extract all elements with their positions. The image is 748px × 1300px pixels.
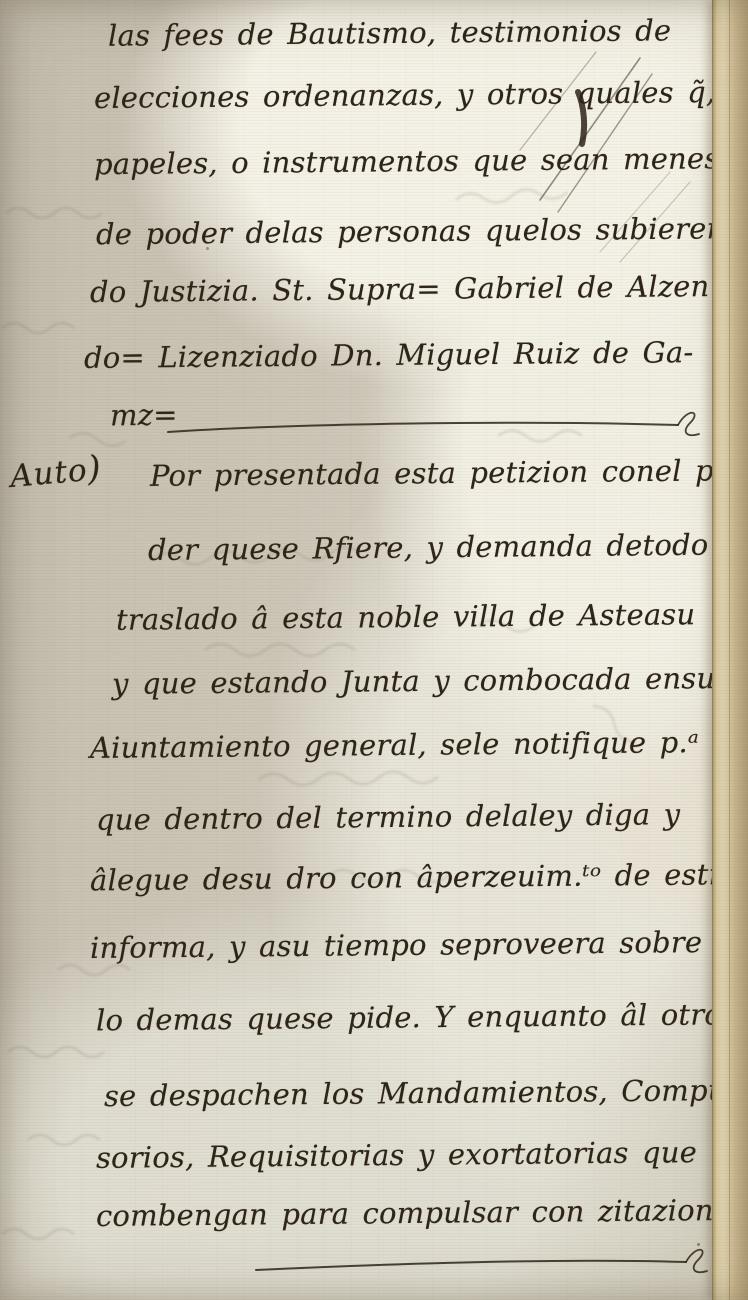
text-line: combengan para compulsar con zitazion, <box>96 1195 723 1233</box>
paper-speck <box>697 1243 700 1246</box>
margin-note-text: Auto <box>9 452 89 495</box>
text-line: do= Lizenziado Dn. Miguel Ruiz de Ga- <box>84 337 694 375</box>
text-line: sorios, Requisitorias y exortatorias que <box>96 1137 697 1175</box>
text-line: que dentro del termino delaley diga y <box>96 799 681 836</box>
margin-note-flourish: ) <box>86 448 104 489</box>
separator-rule-top <box>166 402 716 450</box>
text-line: papeles, o instrumentos que sean meneste… <box>94 143 748 181</box>
page-edge <box>712 0 748 1300</box>
text-line: de poder delas personas quelos subieren … <box>96 213 748 251</box>
text-line: traslado â esta noble villa de Asteasu <box>116 599 696 636</box>
text-line: der quese Rfiere, y demanda detodo den <box>148 529 748 567</box>
separator-rule-bottom <box>256 1238 726 1286</box>
text-line: lo demas quese pide. Y enquanto âl otros… <box>96 999 748 1038</box>
text-line: Por presentada esta petizion conel po- <box>150 455 742 493</box>
text-line: informa, y asu tiempo seproveera sobre <box>90 927 703 965</box>
text-line: âlegue desu dro con âperzeuim.ᵗᵒ de estr… <box>90 859 748 898</box>
page-edge-line <box>729 0 730 1300</box>
text-line: do Justizia. St. Supra= Gabriel de Alzen… <box>90 271 719 309</box>
text-line: y que estando Junta y combocada ensu <box>112 663 716 701</box>
text-line: elecciones ordenanzas, y otros quales q̃… <box>94 77 716 115</box>
text-line: las fees de Bautismo, testimonios de <box>108 15 672 52</box>
margin-note-auto: Auto) <box>8 448 103 496</box>
paper-speck <box>206 247 209 250</box>
text-line: se despachen los Mandamientos, Compul- <box>104 1075 746 1113</box>
text-line: Aiuntamiento general, sele notifique p.ᵃ <box>90 727 699 765</box>
manuscript-scan-page: Auto) las fees de Bautismo, testimonios … <box>0 0 748 1300</box>
